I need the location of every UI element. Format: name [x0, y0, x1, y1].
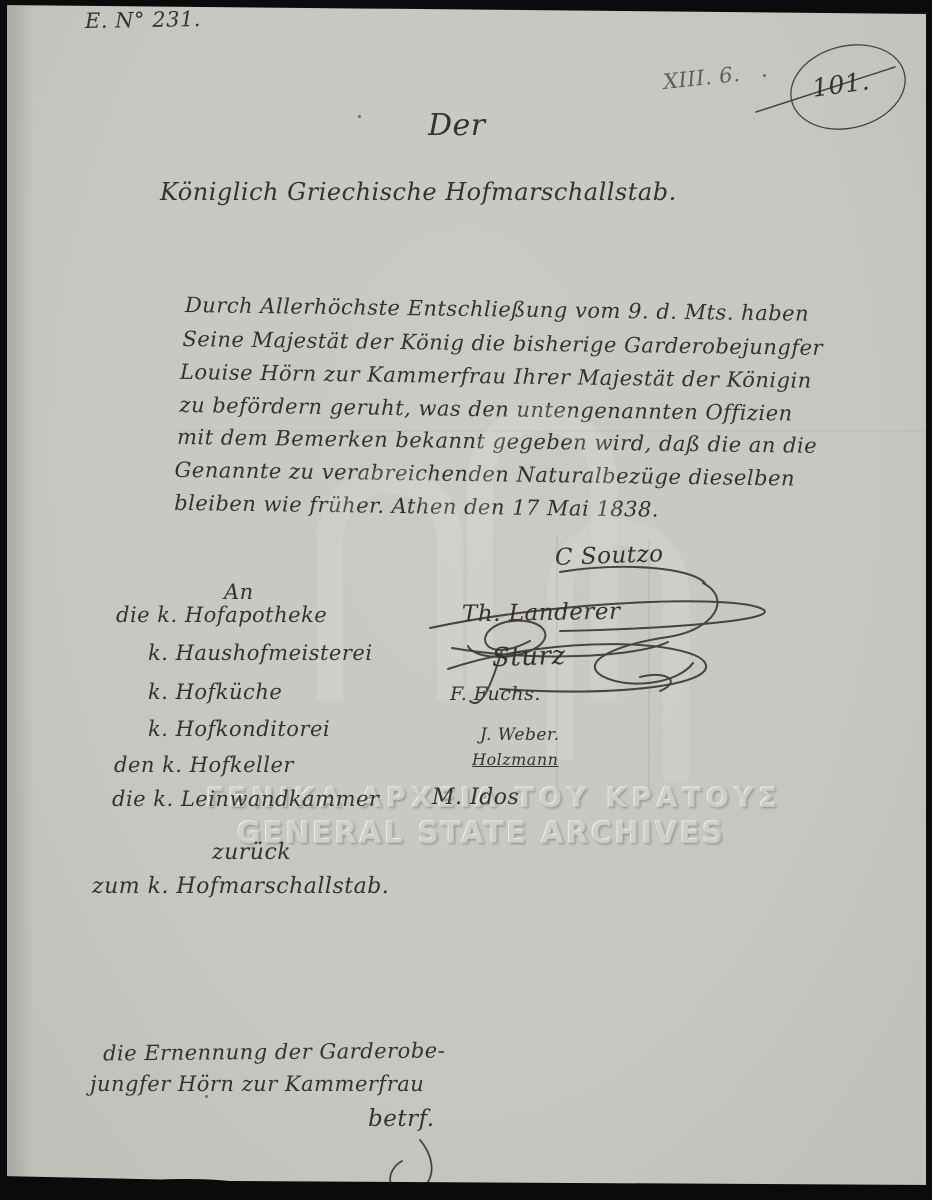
archival-document-scan: ΓΕΝΙΚΑ ΑΡΧΕΙΑ ΤΟΥ ΚΡΑΤΟΥΣ GENERAL STATE …: [0, 0, 932, 1200]
scan-borders: [0, 0, 932, 1200]
